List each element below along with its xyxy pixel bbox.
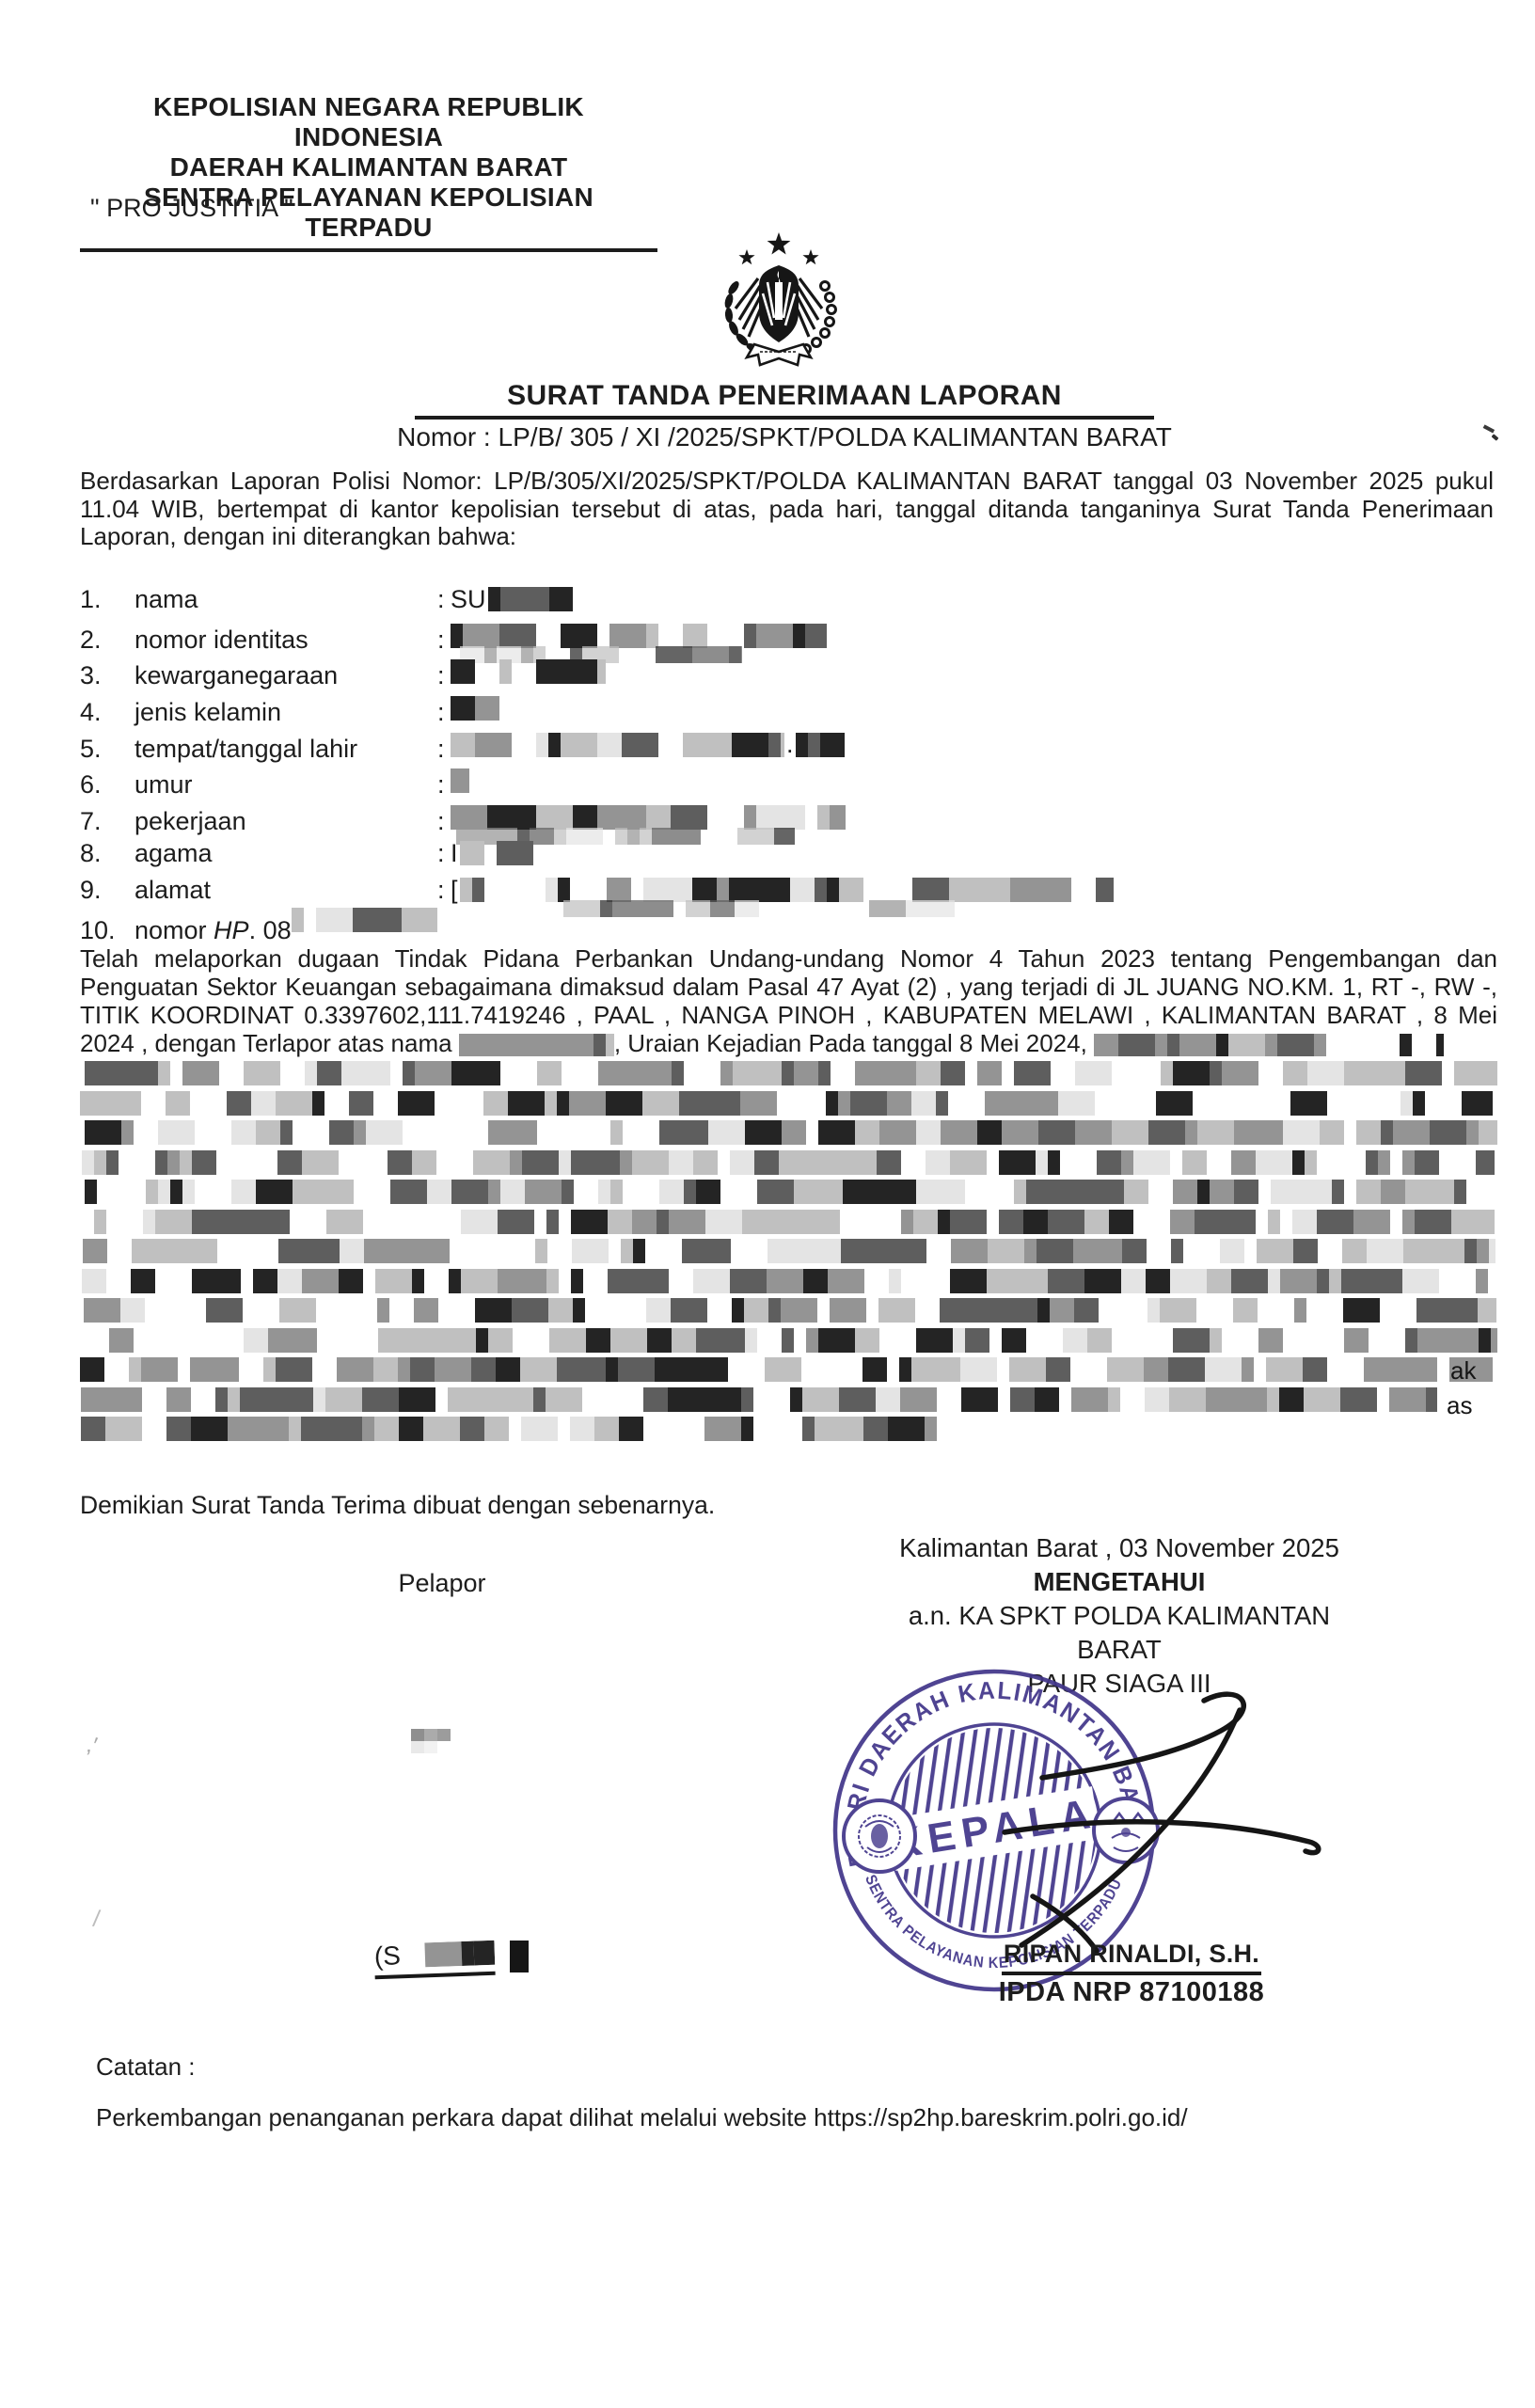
redacted-row [82, 1269, 1493, 1293]
officer-rank-nrp: IPDA NRP 87100188 [986, 1977, 1277, 2008]
field-colon: : [437, 626, 451, 655]
field-label: tempat/tanggal lahir [135, 735, 437, 764]
field-value [451, 690, 1495, 727]
redacted-row [85, 1061, 1493, 1085]
redacted-row [83, 1239, 1493, 1263]
pro-justitia-motto: " PRO JUSTITIA " [90, 194, 293, 223]
field-label: umur [135, 770, 437, 800]
field-value: I [451, 835, 1495, 872]
redacted-value [80, 1091, 1493, 1116]
note-label: Catatan : [96, 2052, 196, 2082]
redacted-value [451, 659, 606, 684]
reporter-name-fragment: (S [373, 1941, 401, 1972]
redacted-row [85, 1120, 1493, 1145]
redacted-value [85, 1328, 1497, 1353]
field-number: 9. [80, 876, 135, 905]
field-row: 3.kewarganegaraan: [80, 654, 1495, 690]
scan-speck-1: ,′ [85, 1732, 100, 1760]
text-fragment-1: ak [1450, 1356, 1476, 1386]
field-value: . [451, 726, 1495, 763]
title-underline [415, 416, 1154, 420]
redacted-value [451, 733, 784, 757]
field-colon: : [437, 770, 451, 800]
field-row: 1.nama:SU [80, 581, 1495, 618]
redacted-value [451, 805, 846, 830]
title-block: SURAT TANDA PENERIMAAN LAPORAN Nomor : L… [391, 380, 1178, 452]
intro-paragraph: Berdasarkan Laporan Polisi Nomor: LP/B/3… [80, 467, 1494, 551]
field-label: nomor identitas [135, 626, 437, 655]
field-value-visible-fragment: . [786, 730, 794, 759]
field-number: 6. [80, 770, 135, 800]
closing-statement: Demikian Surat Tanda Terima dibuat denga… [80, 1491, 715, 1520]
field-row: 4.jenis kelamin: [80, 690, 1495, 727]
field-row: 9.alamat:[ [80, 872, 1495, 909]
note-text: Perkembangan penanganan perkara dapat di… [96, 2103, 1188, 2132]
field-label: pekerjaan [135, 807, 437, 836]
redacted-value [451, 696, 559, 721]
field-value [451, 654, 1495, 690]
field-number: 3. [80, 661, 135, 690]
field-number: 4. [80, 698, 135, 727]
report-text-2: , Uraian Kejadian Pada tanggal 8 Mei 202… [614, 1029, 1094, 1057]
scan-speck-2: / [91, 1906, 102, 1934]
field-label: nama [135, 585, 437, 614]
redacted-row [84, 1298, 1493, 1323]
field-colon: : [437, 807, 451, 836]
field-number: 7. [80, 807, 135, 836]
redacted-value [82, 1269, 1495, 1293]
field-colon: : [437, 698, 451, 727]
redacted-row [82, 1210, 1493, 1234]
redacted-value [85, 1180, 1497, 1204]
redacted-text-block [80, 1061, 1493, 1447]
field-label: agama [135, 839, 437, 868]
officer-name: RIPAN RINALDI, S.H. [1002, 1940, 1261, 1975]
text-fragment-2: as [1447, 1391, 1472, 1420]
field-value-visible-fragment: [ [451, 876, 458, 905]
redacted-value [451, 768, 469, 793]
field-value: SU [451, 581, 1495, 618]
redacted-value [460, 841, 535, 865]
field-colon: : [437, 876, 451, 905]
field-colon: : [437, 735, 451, 764]
field-label: jenis kelamin [135, 698, 437, 727]
redacted-value [451, 624, 827, 648]
redacted-value [85, 1061, 1497, 1085]
acknowledgement-heading: MENGETAHUI [879, 1565, 1359, 1599]
field-row: 5.tempat/tanggal lahir:. [80, 726, 1495, 763]
field-value-visible-fragment: I [451, 839, 458, 868]
redacted-value [85, 1120, 1497, 1145]
letterhead-line1: KEPOLISIAN NEGARA REPUBLIK INDONESIA [80, 92, 657, 152]
letterhead-line2: DAERAH KALIMANTAN BARAT [80, 152, 657, 182]
redacted-value [83, 1239, 1495, 1263]
redacted-smudge [411, 1729, 424, 1741]
redacted-value [82, 1150, 1495, 1175]
redacted-row [82, 1150, 1493, 1175]
document-title: SURAT TANDA PENERIMAAN LAPORAN [391, 380, 1178, 412]
reporter-name-redacted: (S [374, 1940, 529, 1977]
field-value [451, 763, 1495, 800]
redacted-row [81, 1417, 1493, 1441]
field-label: kewarganegaraan [135, 661, 437, 690]
field-label: alamat [135, 876, 437, 905]
field-value [451, 800, 1495, 836]
redacted-value [80, 1357, 1493, 1382]
redacted-value [81, 1417, 971, 1441]
field-colon: : [437, 839, 451, 868]
ink-smudge-mark [1483, 425, 1502, 444]
field-label: nomor HP. 08 [135, 916, 292, 945]
field-number: 5. [80, 735, 135, 764]
field-row: 8.agama:I [80, 835, 1495, 872]
field-row: 7.pekerjaan: [80, 800, 1495, 836]
document-number: Nomor : LP/B/ 305 / XI /2025/SPKT/POLDA … [391, 422, 1178, 452]
redacted-chip [510, 1941, 529, 1972]
redacted-value [460, 878, 1114, 902]
field-number: 10. [80, 916, 135, 945]
redacted-row [85, 1328, 1493, 1353]
reporter-label: Pelapor [381, 1569, 503, 1598]
field-row: 2.nomor identitas: [80, 618, 1495, 655]
redacted-value [82, 1210, 1495, 1234]
field-value: [ [451, 872, 1495, 909]
redacted-row [81, 1387, 1493, 1412]
field-number: 1. [80, 585, 135, 614]
field-row: 10.nomor HP. 08 [80, 908, 1495, 944]
field-colon: : [437, 661, 451, 690]
field-row: 6.umur: [80, 763, 1495, 800]
redacted-row [80, 1091, 1493, 1116]
redacted-row [85, 1180, 1493, 1204]
place-date: Kalimantan Barat , 03 November 2025 [879, 1531, 1359, 1565]
field-colon: : [437, 585, 451, 614]
redacted-value [488, 587, 573, 611]
report-paragraph: Telah melaporkan dugaan Tindak Pidana Pe… [80, 944, 1497, 1057]
redacted-value [796, 733, 847, 757]
handwritten-signature [837, 1672, 1350, 1973]
redacted-name [459, 1034, 614, 1056]
field-value [292, 908, 1495, 944]
redacted-row [80, 1357, 1493, 1382]
redacted-value [292, 908, 437, 932]
polri-tribrata-emblem-icon [705, 230, 854, 376]
field-value [451, 618, 1495, 655]
letterhead: KEPOLISIAN NEGARA REPUBLIK INDONESIA DAE… [80, 92, 657, 252]
redacted-value [84, 1298, 1496, 1323]
field-number: 8. [80, 839, 135, 868]
officer-name-block: RIPAN RINALDI, S.H. IPDA NRP 87100188 [986, 1940, 1277, 2008]
field-value-visible-fragment: SU [451, 585, 486, 614]
document-page: KEPOLISIAN NEGARA REPUBLIK INDONESIA DAE… [0, 0, 1535, 2408]
redacted-text-inline [1094, 1034, 1444, 1056]
redacted-value [81, 1387, 1437, 1412]
field-number: 2. [80, 626, 135, 655]
identity-fields-list: 1.nama:SU2.nomor identitas:3.kewarganega… [80, 581, 1495, 944]
